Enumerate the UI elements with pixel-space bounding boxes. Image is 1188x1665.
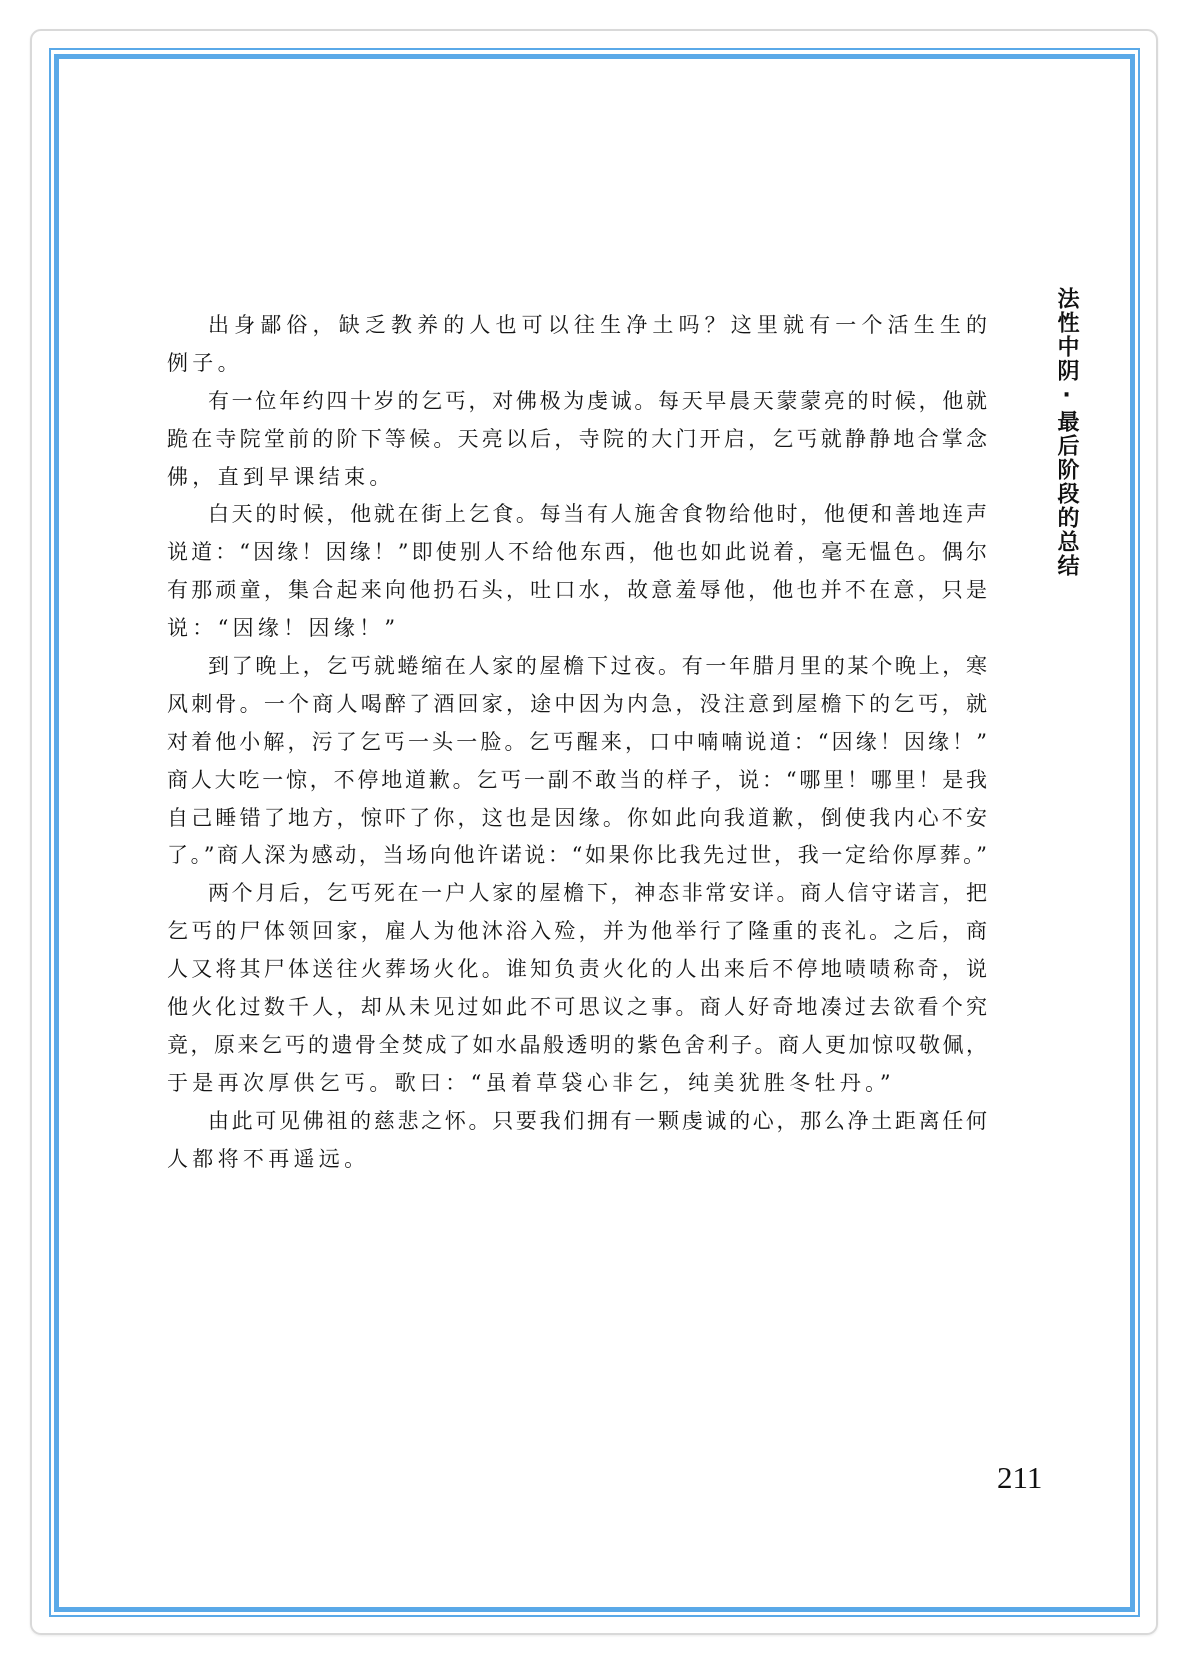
text-line: 跪在寺院堂前的阶下等候。天亮以后，寺院的大门开启，乞丐就静静地合掌念 xyxy=(167,421,987,459)
running-section-title: 法性中阴·最后阶段的总结 xyxy=(1052,287,1080,578)
text-line: 佛，直到早课结束。 xyxy=(167,459,987,497)
text-line: 乞丐的尸体领回家，雇人为他沐浴入殓，并为他举行了隆重的丧礼。之后，商 xyxy=(167,913,987,951)
text-line: 竟，原来乞丐的遗骨全焚成了如水晶般透明的紫色舍利子。商人更加惊叹敬佩， xyxy=(167,1027,987,1065)
text-line: 他火化过数千人，却从未见过如此不可思议之事。商人好奇地凑过去欲看个究 xyxy=(167,989,987,1027)
text-line: 由此可见佛祖的慈悲之怀。只要我们拥有一颗虔诚的心，那么净土距离任何 xyxy=(167,1103,987,1141)
text-line: 例子。 xyxy=(167,345,987,383)
text-line: 自己睡错了地方，惊吓了你，这也是因缘。你如此向我道歉，倒使我内心不安 xyxy=(167,800,987,838)
body-text: 出身鄙俗，缺乏教养的人也可以往生净土吗？这里就有一个活生生的 例子。 有一位年约… xyxy=(167,307,987,1178)
text-line: 有一位年约四十岁的乞丐，对佛极为虔诚。每天早晨天蒙蒙亮的时候，他就 xyxy=(167,383,987,421)
text-line: 说：“因缘！因缘！” xyxy=(167,610,987,648)
text-line: 人都将不再遥远。 xyxy=(167,1141,987,1179)
text-line: 到了晚上，乞丐就蜷缩在人家的屋檐下过夜。有一年腊月里的某个晚上，寒 xyxy=(167,648,987,686)
text-line: 于是再次厚供乞丐。歌曰：“虽着草袋心非乞，纯美犹胜冬牡丹。” xyxy=(167,1065,987,1103)
text-line: 出身鄙俗，缺乏教养的人也可以往生净土吗？这里就有一个活生生的 xyxy=(167,307,987,345)
text-line: 两个月后，乞丐死在一户人家的屋檐下，神态非常安详。商人信守诺言，把 xyxy=(167,875,987,913)
text-line: 对着他小解，污了乞丐一头一脸。乞丐醒来，口中喃喃说道：“因缘！因缘！” xyxy=(167,724,987,762)
page-number: 211 xyxy=(997,1460,1042,1496)
text-line: 说道：“因缘！因缘！”即使别人不给他东西，他也如此说着，毫无愠色。偶尔 xyxy=(167,534,987,572)
text-line: 白天的时候，他就在街上乞食。每当有人施舍食物给他时，他便和善地连声 xyxy=(167,496,987,534)
text-line: 有那顽童，集合起来向他扔石头，吐口水，故意羞辱他，他也并不在意，只是 xyxy=(167,572,987,610)
text-line: 人又将其尸体送往火葬场火化。谁知负责火化的人出来后不停地啧啧称奇，说 xyxy=(167,951,987,989)
text-line: 风刺骨。一个商人喝醉了酒回家，途中因为内急，没注意到屋檐下的乞丐，就 xyxy=(167,686,987,724)
text-line: 商人大吃一惊，不停地道歉。乞丐一副不敢当的样子，说：“哪里！哪里！是我 xyxy=(167,762,987,800)
text-line: 了。”商人深为感动，当场向他许诺说：“如果你比我先过世，我一定给你厚葬。” xyxy=(167,837,987,875)
